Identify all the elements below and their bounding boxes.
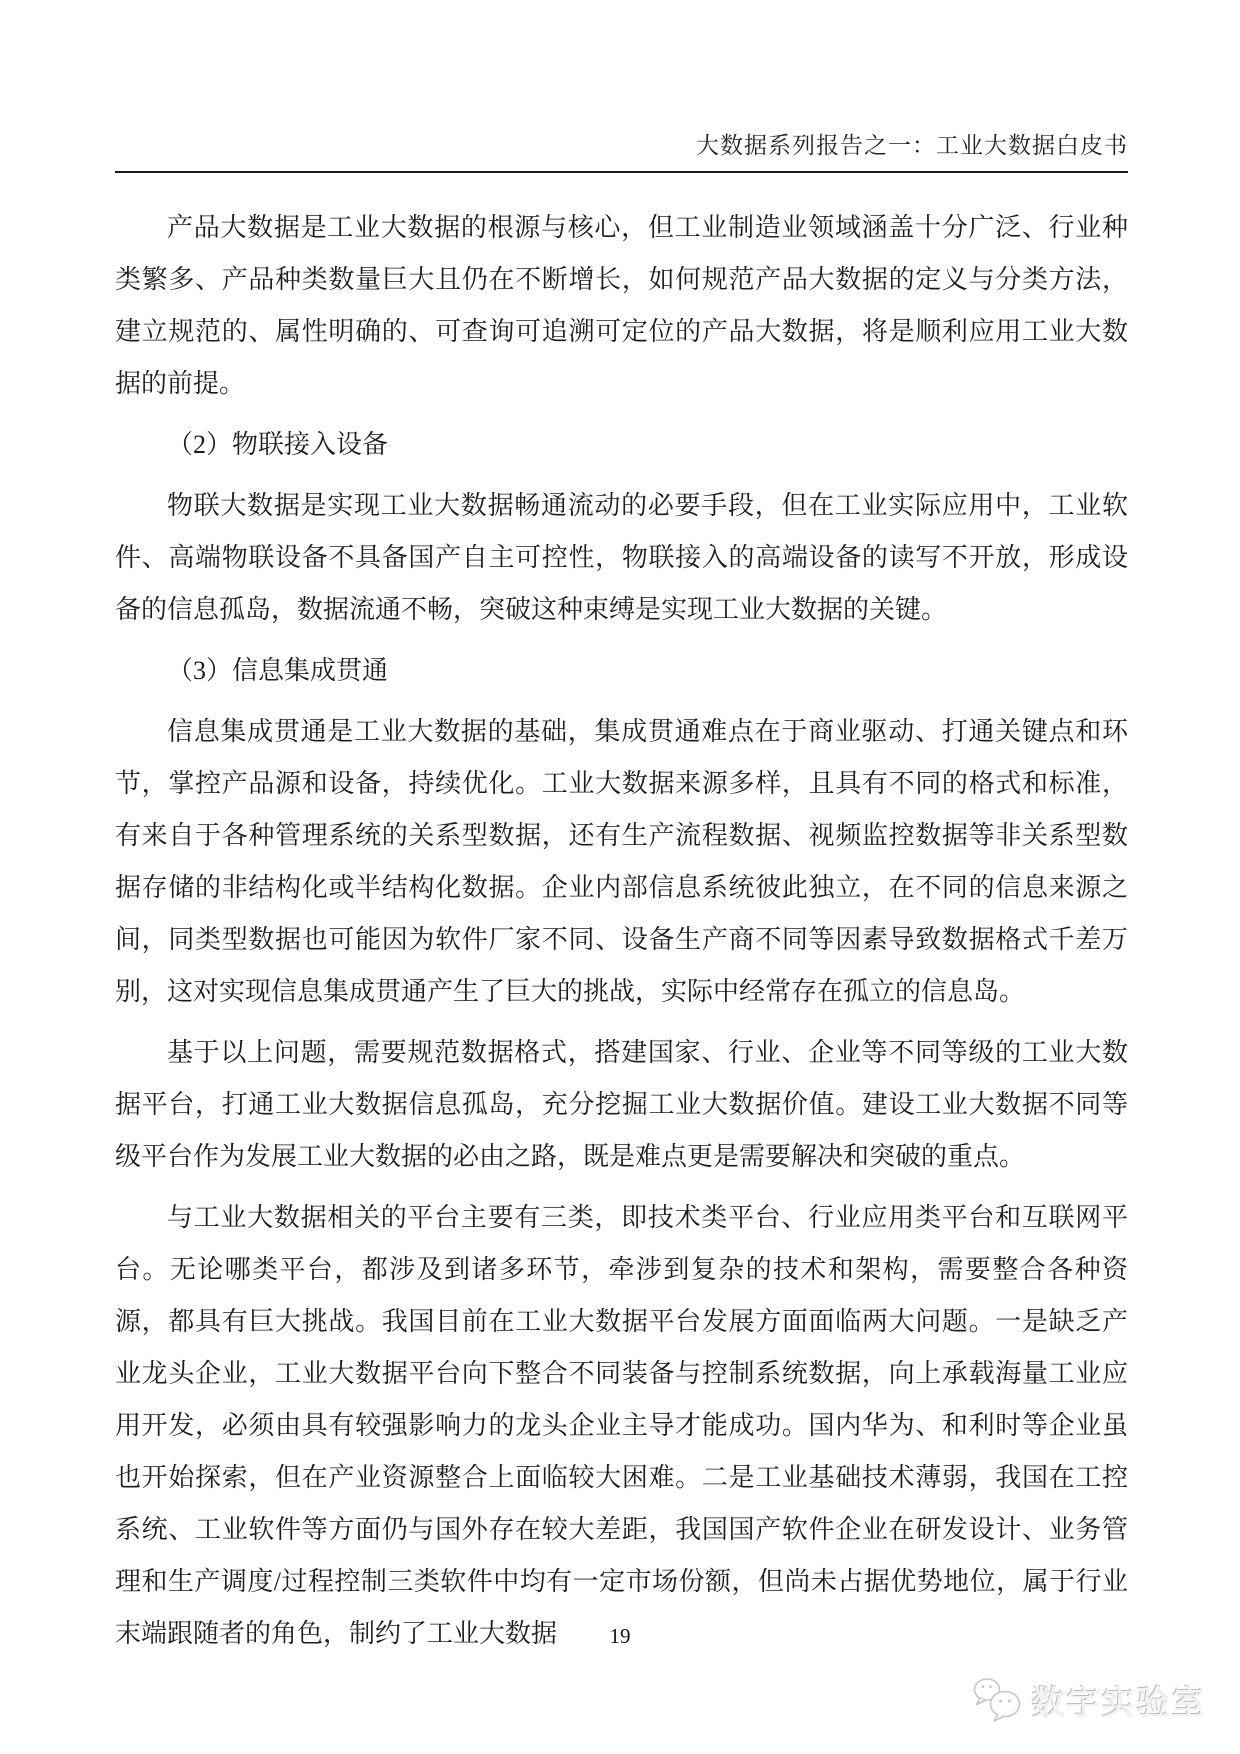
- body-paragraph: 基于以上问题，需要规范数据格式，搭建国家、行业、企业等不同等级的工业大数据平台，…: [115, 1027, 1128, 1183]
- header-rule: [115, 171, 1128, 173]
- wechat-icon: [971, 1676, 1025, 1724]
- watermark: 数字实验室: [971, 1676, 1207, 1724]
- watermark-label: 数字实验室: [1032, 1677, 1207, 1724]
- page-number: 19: [0, 1624, 1240, 1649]
- page-header: 大数据系列报告之一：工业大数据白皮书: [115, 0, 1128, 173]
- section-heading-3: （3）信息集成贯通: [115, 645, 1128, 697]
- body-paragraph: 产品大数据是工业大数据的根源与核心，但工业制造业领域涵盖十分广泛、行业种类繁多、…: [115, 202, 1128, 410]
- body-paragraph: 与工业大数据相关的平台主要有三类，即技术类平台、行业应用类平台和互联网平台。无论…: [115, 1192, 1128, 1660]
- section-heading-2: （2）物联接入设备: [115, 419, 1128, 471]
- body-paragraph: 物联大数据是实现工业大数据畅通流动的必要手段，但在工业实际应用中，工业软件、高端…: [115, 480, 1128, 636]
- body-paragraph: 信息集成贯通是工业大数据的基础，集成贯通难点在于商业驱动、打通关键点和环节，掌控…: [115, 706, 1128, 1018]
- header-title: 大数据系列报告之一：工业大数据白皮书: [115, 131, 1128, 161]
- document-body: 产品大数据是工业大数据的根源与核心，但工业制造业领域涵盖十分广泛、行业种类繁多、…: [115, 202, 1128, 1660]
- document-page: 大数据系列报告之一：工业大数据白皮书 产品大数据是工业大数据的根源与核心，但工业…: [0, 0, 1240, 1754]
